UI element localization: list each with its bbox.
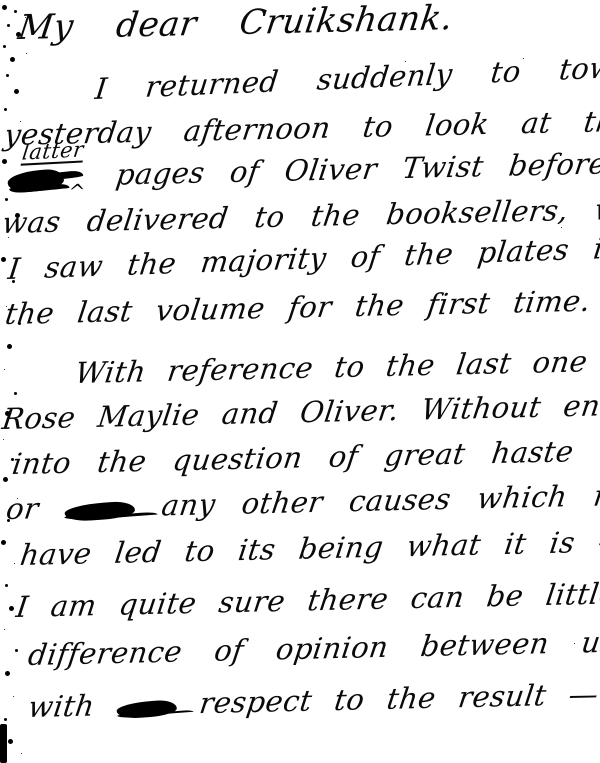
letter-line-15-before: with [26, 688, 97, 724]
scribbled-out-word-icon [7, 168, 65, 194]
letter-line-13-text: I am quite sure there can be little [14, 576, 600, 624]
letter-line-14-text: difference of opinion between us [26, 625, 600, 672]
letter-line-12-text: have led to its being what it is - [18, 525, 600, 572]
letter-line-7: the last volume for the first time. [3, 284, 593, 331]
letter-line-12: have led to its being what it is - [18, 525, 600, 572]
letter-line-6-text: I saw the majority of the plates in [6, 230, 600, 286]
letter-line-2-text: I returned suddenly to town [93, 49, 600, 106]
letter-line-3-text: yesterday afternoon to look at the [2, 104, 600, 152]
letter-line-15-after: respect to the result — may [197, 675, 600, 720]
scribbled-out-word-icon [64, 500, 136, 522]
letter-line-11: or any other causes which may [4, 477, 600, 526]
letter-line-6: I saw the majority of the plates in [6, 230, 600, 286]
letter-page: My dear Cruikshank. I returned suddenly … [0, 0, 600, 763]
scan-speckle-noise [0, 0, 3, 3]
letter-line-13: I am quite sure there can be little [14, 576, 600, 624]
letter-line-11-after: any other causes which may [159, 477, 600, 522]
salutation-line: My dear Cruikshank. [16, 0, 456, 48]
letter-line-15: with respect to the result — may [26, 675, 600, 724]
letter-line-8: With reference to the last one - [73, 344, 600, 390]
letter-line-9: Rose Maylie and Oliver. Without entering [0, 386, 600, 436]
letter-line-8-text: With reference to the last one - [73, 344, 600, 390]
letter-line-3: yesterday afternoon to look at the [2, 104, 600, 152]
letter-line-10-text: into the question of great haste [10, 434, 576, 481]
scan-edge-mark [0, 724, 7, 763]
letter-line-7-text: the last volume for the first time. [3, 284, 593, 331]
letter-line-10: into the question of great haste [10, 434, 576, 481]
letter-line-2: I returned suddenly to town [93, 49, 600, 106]
letter-line-5: was delivered to the booksellers, when [0, 191, 600, 240]
scribbled-out-word-icon [116, 699, 178, 720]
salutation-text: My dear Cruikshank. [16, 0, 456, 48]
insertion-caret: ^ [67, 179, 87, 203]
letter-line-5-text: was delivered to the booksellers, when [0, 191, 600, 240]
letter-line-4: ^ pages of Oliver Twist before it [6, 145, 600, 194]
letter-line-9-text: Rose Maylie and Oliver. Without entering [0, 386, 600, 436]
letter-line-14: difference of opinion between us [26, 625, 600, 672]
letter-line-11-before: or [4, 491, 41, 526]
letter-line-4-text: pages of Oliver Twist before it [114, 145, 600, 191]
